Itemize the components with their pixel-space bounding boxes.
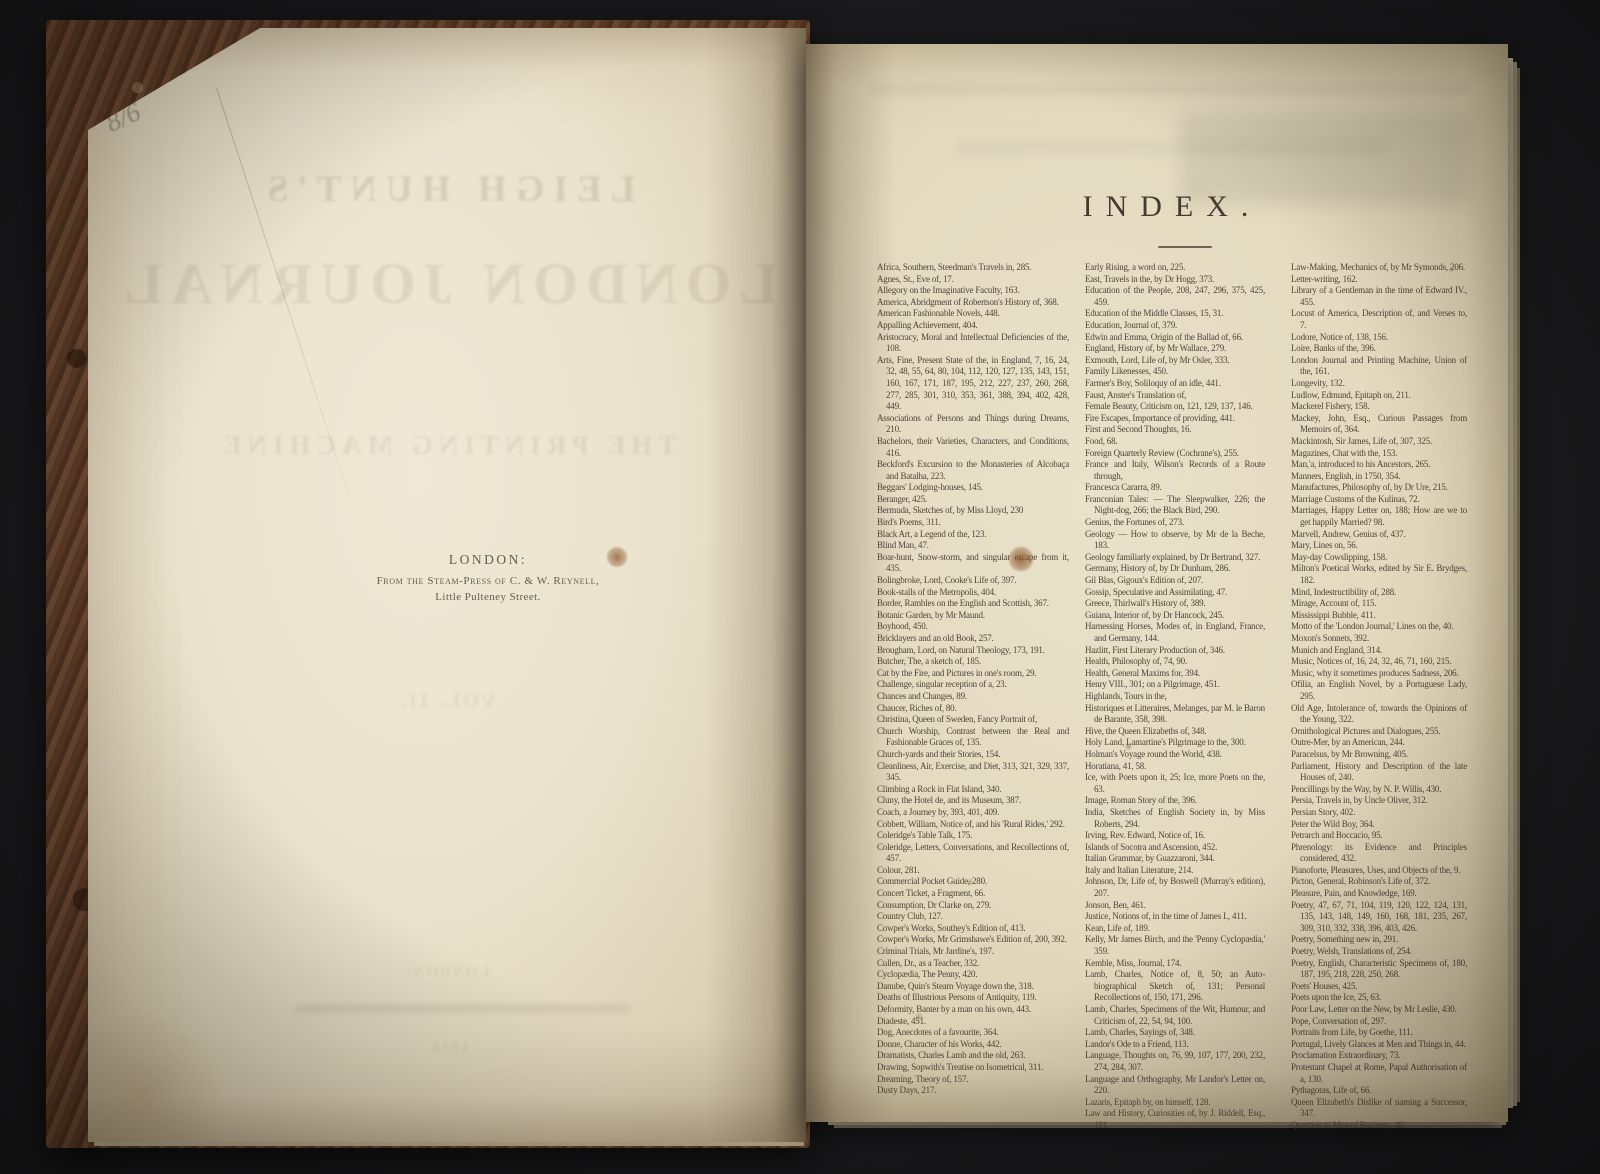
index-entry: Dusty Days, 217. (877, 1085, 1069, 1097)
index-entry: Parliament, History and Description of t… (1291, 761, 1467, 784)
index-column-1: Africa, Southern, Steedman's Travels in,… (877, 262, 1069, 1097)
index-entry: Foreign Quarterly Review (Cochrane's), 2… (1085, 448, 1265, 460)
index-entry: Poets' Houses, 425. (1291, 981, 1467, 993)
index-entry: Islands of Socotra and Ascension, 452. (1085, 842, 1265, 854)
index-entry: Criminal Trials, Mr Jardine's, 197. (877, 946, 1069, 958)
index-entry: Music, Notices of, 16, 24, 32, 46, 71, 1… (1291, 656, 1467, 668)
index-entry: Lamb, Charles, Sayings of, 348. (1085, 1027, 1265, 1039)
index-entry: Francesca Cararra, 89. (1085, 482, 1265, 494)
index-entry: Cobbett, William, Notice of, and his 'Ru… (877, 819, 1069, 831)
index-entry: Cullen, Dr., as a Teacher, 332. (877, 958, 1069, 970)
index-entry: Beckford's Excursion to the Monasteries … (877, 459, 1069, 482)
index-entry: Longevity, 132. (1291, 378, 1467, 390)
index-entry: Proclamation Extraordinary, 73. (1291, 1050, 1467, 1062)
index-entry: Health, General Maxims for, 394. (1085, 668, 1265, 680)
index-entry: Man,'a, introduced to his Ancestors, 265… (1291, 459, 1467, 471)
index-entry: Munich and England, 314. (1291, 645, 1467, 657)
index-entry: Poetry, 47, 67, 71, 104, 119, 120, 122, … (1291, 900, 1467, 935)
index-entry: Picton, General, Robinson's Life of, 372… (1291, 876, 1467, 888)
index-entry: Bird's Poems, 311. (877, 517, 1069, 529)
index-entry: Portugal, Lively Glances at Men and Thin… (1291, 1039, 1467, 1051)
index-rule (1158, 246, 1212, 248)
index-entry: Historiques et Litteraires, Melanges, pa… (1085, 703, 1265, 726)
index-entry: Geology — How to observe, by Mr de la Be… (1085, 529, 1265, 552)
index-entry: Kean, Life of, 189. (1085, 923, 1265, 935)
ghost-bottom-year: 1835. (88, 1040, 806, 1057)
index-entry: Library of a Gentleman in the time of Ed… (1291, 285, 1467, 308)
index-entry: Coleridge, Letters, Conversations, and R… (877, 842, 1069, 865)
index-entry: Paracelsus, by Mr Browning, 405. (1291, 749, 1467, 761)
index-entry: Motto of the 'London Journal,' Lines on … (1291, 621, 1467, 633)
index-entry: Highlands, Tours in the, (1085, 691, 1265, 703)
index-entry: Cowper's Works, Southey's Edition of, 41… (877, 923, 1069, 935)
imprint-city: LONDON: (238, 552, 738, 568)
index-entry: Locust of America, Description of, and V… (1291, 308, 1467, 331)
index-entry: Cluny, the Hotel de, and its Museum, 387… (877, 795, 1069, 807)
index-entry: Hazlitt, First Literary Production of, 3… (1085, 645, 1265, 657)
index-entry: Justice, Notions of, in the time of Jame… (1085, 911, 1265, 923)
bleedthrough-smudge (870, 84, 1470, 94)
index-entry: Manners, English, in 1750, 354. (1291, 471, 1467, 483)
index-entry: Concert Ticket, a Fragment, 66. (877, 888, 1069, 900)
index-entry: Pythagoras, Life of, 66. (1291, 1085, 1467, 1097)
index-entry: May-day Cowslipping, 158. (1291, 552, 1467, 564)
index-entry: Family Likenesses, 450. (1085, 366, 1265, 378)
index-entry: Pleasure, Pain, and Knowledge, 169. (1291, 888, 1467, 900)
index-entry: America, Abridgment of Robertson's Histo… (877, 297, 1069, 309)
index-entry: Johnson, Dr, Life of, by Boswell (Murray… (1085, 876, 1265, 899)
index-entry: Cyclopædia, The Penny, 420. (877, 969, 1069, 981)
index-entry: Cowper's Works, Mr Grimshawe's Edition o… (877, 934, 1069, 946)
imprint-press: From the Steam-Press of C. & W. Reynell, (238, 575, 738, 587)
index-entry: Music, why it sometimes produces Sadness… (1291, 668, 1467, 680)
index-entry: Coleridge's Table Talk, 175. (877, 830, 1069, 842)
index-entry: France and Italy, Wilson's Records of a … (1085, 459, 1265, 482)
index-entry: Peter the Wild Boy, 364. (1291, 819, 1467, 831)
index-entry: Bermuda, Sketches of, by Miss Lloyd, 230 (877, 505, 1069, 517)
index-entry: Bricklayers and an old Book, 257. (877, 633, 1069, 645)
ghost-publisher-line (296, 1004, 630, 1013)
index-entry: Edwin and Emma, Origin of the Ballad of,… (1085, 332, 1265, 344)
index-entry: Beranger, 425. (877, 494, 1069, 506)
index-entry: Language, Thoughts on, 76, 99, 107, 177,… (1085, 1050, 1265, 1073)
index-entry: Marvell, Andrew, Genius of, 437. (1291, 529, 1467, 541)
right-page: INDEX. Africa, Southern, Steedman's Trav… (806, 44, 1508, 1122)
index-entry: Health, Philosophy of, 74, 90. (1085, 656, 1265, 668)
index-entry: Marriage Customs of the Kulinas, 72. (1291, 494, 1467, 506)
index-entry: Pope, Conversation of, 297. (1291, 1016, 1467, 1028)
index-entry: Mind, Indestructibility of, 288. (1291, 587, 1467, 599)
fore-edge-pages (1517, 68, 1520, 1102)
index-entry: American Fashionable Novels, 448. (877, 308, 1069, 320)
index-entry: Greece, Thirlwall's History of, 389. (1085, 598, 1265, 610)
index-entry: Phrenology: its Evidence and Principles … (1291, 842, 1467, 865)
index-entry: Early Rising, a word on, 225. (1085, 262, 1265, 274)
index-entry: Guiana, Interior of, by Dr Hancock, 245. (1085, 610, 1265, 622)
index-entry: Christina, Queen of Sweden, Fancy Portra… (877, 714, 1069, 726)
ghost-title-owner: LEIGH HUNT'S (88, 168, 806, 211)
index-entry: Pencillings by the Way, by N. P. Willis,… (1291, 784, 1467, 796)
left-page: LEIGH HUNT'S LONDON JOURNAL THE PRINTING… (88, 28, 806, 1142)
index-entry: Italy and Italian Literature, 214. (1085, 865, 1265, 877)
index-entry: Donne, Character of his Works, 442. (877, 1039, 1069, 1051)
ghost-volume: VOL. II. (88, 690, 806, 713)
index-entry: First and Second Thoughts, 16. (1085, 424, 1265, 436)
index-entry: London Journal and Printing Machine, Uni… (1291, 355, 1467, 378)
index-entry: Landor's Ode to a Friend, 113. (1085, 1039, 1265, 1051)
index-entry: Faust, Anster's Translation of, (1085, 390, 1265, 402)
index-entry: Exmouth, Lord, Life of, by Mr Osler, 333… (1085, 355, 1265, 367)
index-entry: Italian Grammar, by Guazzaroni, 344. (1085, 853, 1265, 865)
imprint-street: Little Pulteney Street. (238, 591, 738, 603)
index-entry: Bolingbroke, Lord, Cooke's Life of, 397. (877, 575, 1069, 587)
index-entry: Ludlow, Edmund, Epitaph on, 211. (1291, 390, 1467, 402)
index-entry: Book-stalls of the Metropolis, 404. (877, 587, 1069, 599)
index-entry: Bachelors, their Varieties, Characters, … (877, 436, 1069, 459)
index-heading: INDEX. (806, 190, 1508, 224)
index-entry: Persia, Travels in, by Uncle Oliver, 312… (1291, 795, 1467, 807)
index-entry: Old Age, Intolerance of, towards the Opi… (1291, 703, 1467, 726)
index-entry: Germany, History of, by Dr Dunham, 286. (1085, 563, 1265, 575)
index-entry: Food, 68. (1085, 436, 1265, 448)
bottom-edge-left-page (94, 1142, 804, 1146)
index-entry: Horatiana, 41, 58. (1085, 761, 1265, 773)
index-entry: Mackintosh, Sir James, Life of, 307, 325… (1291, 436, 1467, 448)
index-entry: Climbing a Rock in Flat Island, 340. (877, 784, 1069, 796)
index-entry: Mississippi Bubble, 411. (1291, 610, 1467, 622)
ghost-bottom-city: LONDON: (88, 964, 806, 981)
index-entry: Holy Land, Lamartine's Pilgrimage to the… (1085, 737, 1265, 749)
index-entry: Church Worship, Contrast between the Rea… (877, 726, 1069, 749)
index-entry: Letter-writing, 162. (1291, 274, 1467, 286)
index-entry: Ornithological Pictures and Dialogues, 2… (1291, 726, 1467, 738)
index-entry: Manufactures, Philosophy of, by Dr Ure, … (1291, 482, 1467, 494)
index-entry: Danube, Quin's Steam Voyage down the, 31… (877, 981, 1069, 993)
index-entry: Poetry, Something new in, 291. (1291, 934, 1467, 946)
index-entry: Black Art, a Legend of the, 123. (877, 529, 1069, 541)
index-entry: Africa, Southern, Steedman's Travels in,… (877, 262, 1069, 274)
index-entry: Colour, 281. (877, 865, 1069, 877)
index-entry: Education, Journal of, 379. (1085, 320, 1265, 332)
index-entry: Aristocracy, Moral and Intellectual Defi… (877, 332, 1069, 355)
index-entry: Chances and Changes, 89. (877, 691, 1069, 703)
index-entry: Deformity, Banter by a man on his own, 4… (877, 1004, 1069, 1016)
index-entry: Portraits from Life, by Goethe, 111. (1291, 1027, 1467, 1039)
index-entry: Drawing, Sopwith's Treatise on Isometric… (877, 1062, 1069, 1074)
index-entry: Genius, the Fortunes of, 273. (1085, 517, 1265, 529)
index-entry: Image, Roman Story of the, 396. (1085, 795, 1265, 807)
index-entry: Persian Story, 402. (1291, 807, 1467, 819)
index-entry: Queen Elizabeth's Dislike of naming a Su… (1291, 1097, 1467, 1120)
index-entry: Moxon's Sonnets, 392. (1291, 633, 1467, 645)
index-entry: Law and History, Curiosities of, by J. R… (1085, 1108, 1265, 1131)
index-entry: Gossip, Speculative and Assimilating, 47… (1085, 587, 1265, 599)
index-entry: Allegory on the Imaginative Faculty, 163… (877, 285, 1069, 297)
index-entry: Poor Law, Letter on the New, by Mr Lesli… (1291, 1004, 1467, 1016)
index-entry: Commercial Pocket Guide, 280. (877, 876, 1069, 888)
index-entry: Blind Man, 47. (877, 540, 1069, 552)
index-column-3: Law-Making, Mechanics of, by Mr Symonds,… (1291, 262, 1467, 1132)
index-entry: Mackey, John, Esq., Curious Passages fro… (1291, 413, 1467, 436)
index-entry: Protestant Chapel at Rome, Papal Authori… (1291, 1062, 1467, 1085)
index-entry: Coach, a Journey by, 393, 401, 409. (877, 807, 1069, 819)
index-entry: Challenge, singular reception of a, 23. (877, 679, 1069, 691)
index-entry: Lazaris, Epitaph by, on himself, 128. (1085, 1097, 1265, 1109)
index-entry: Butcher, The, a sketch of, 185. (877, 656, 1069, 668)
index-entry: Harnessing Horses, Modes of, in England,… (1085, 621, 1265, 644)
index-entry: Language and Orthography, Mr Landor's Le… (1085, 1074, 1265, 1097)
index-entry: Jonson, Ben, 461. (1085, 900, 1265, 912)
ghost-title-sub: THE PRINTING MACHINE (88, 430, 806, 461)
index-entry: Chaucer, Riches of, 80. (877, 703, 1069, 715)
index-entry: Holman's Voyage round the World, 438. (1085, 749, 1265, 761)
index-entry: Kemble, Miss, Journal, 174. (1085, 958, 1265, 970)
ghost-title-main: LONDON JOURNAL (88, 250, 806, 317)
index-entry: Hive, the Queen Elizabeths of, 348. (1085, 726, 1265, 738)
index-entry: Poetry, Welsh, Translations of, 254. (1291, 946, 1467, 958)
index-entry: Mirage, Account of, 115. (1291, 598, 1467, 610)
index-entry: Associations of Persons and Things durin… (877, 413, 1069, 436)
index-entry: Outre-Mer, by an American, 244. (1291, 737, 1467, 749)
index-entry: England, History of, by Mr Wallace, 279. (1085, 343, 1265, 355)
index-entry: Appalling Achievement, 404. (877, 320, 1069, 332)
index-entry: Boyhood, 450. (877, 621, 1069, 633)
index-entry: Female Beauty, Criticism on, 121, 129, 1… (1085, 401, 1265, 413)
printer-imprint: LONDON: From the Steam-Press of C. & W. … (238, 552, 738, 603)
index-entry: Irving, Rev. Edward, Notice of, 16. (1085, 830, 1265, 842)
index-entry: Petrarch and Boccacio, 95. (1291, 830, 1467, 842)
index-column-2: Early Rising, a word on, 225.East, Trave… (1085, 262, 1265, 1132)
index-entry: Consumption, Dr Clarke on, 279. (877, 900, 1069, 912)
index-entry: Dog, Anecdotes of a favourite, 364. (877, 1027, 1069, 1039)
index-entry: Cleanliness, Air, Exercise, and Diet, 31… (877, 761, 1069, 784)
index-entry: Ice, with Poets upon it, 25; Ice, more P… (1085, 772, 1265, 795)
index-entry: Fire Escapes, Importance of providing, 4… (1085, 413, 1265, 425)
index-entry: East, Travels in the, by Dr Hogg, 373. (1085, 274, 1265, 286)
index-entry: Diadeste, 451. (877, 1016, 1069, 1028)
index-entry: Mackerel Fishery, 158. (1291, 401, 1467, 413)
index-entry: Brougham, Lord, on Natural Theology, 173… (877, 645, 1069, 657)
index-entry: India, Sketches of English Society in, b… (1085, 807, 1265, 830)
index-entry: Education of the People, 208, 247, 296, … (1085, 285, 1265, 308)
index-entry: Dramatists, Charles Lamb and the old, 26… (877, 1050, 1069, 1062)
index-entry: Lamb, Charles, Specimens of the Wit, Hum… (1085, 1004, 1265, 1027)
index-entry: Cat by the Fire, and Pictures in one's r… (877, 668, 1069, 680)
index-entry: Mary, Lines on, 56. (1291, 540, 1467, 552)
index-entry: Poetry, English, Characteristic Specimen… (1291, 958, 1467, 981)
index-entry: Agnes, St., Eve of, 17. (877, 274, 1069, 286)
index-entry: Lamb, Charles, Notice of, 8, 50; an Auto… (1085, 969, 1265, 1004)
index-entry: Border, Rambles on the English and Scott… (877, 598, 1069, 610)
index-entry: Gil Blas, Gigoux's Edition of, 207. (1085, 575, 1265, 587)
index-entry: Arts, Fine, Present State of the, in Eng… (877, 355, 1069, 413)
index-entry: Lodore, Notice of, 138, 156. (1291, 332, 1467, 344)
index-entry: Law-Making, Mechanics of, by Mr Symonds,… (1291, 262, 1467, 274)
index-entry: Botanic Garden, by Mr Maund. (877, 610, 1069, 622)
index-entry: Magazines, Chat with the, 153. (1291, 448, 1467, 460)
index-entry: Country Club, 127. (877, 911, 1069, 923)
index-entry: Poets upon the Ice, 25, 63. (1291, 992, 1467, 1004)
index-entry: Farmer's Boy, Soliloquy of an idle, 441. (1085, 378, 1265, 390)
index-entry: Geology familiarly explained, by Dr Bert… (1085, 552, 1265, 564)
index-entry: Pianoforte, Pleasures, Uses, and Objects… (1291, 865, 1467, 877)
index-entry: Marriages, Happy Letter on, 188; How are… (1291, 505, 1467, 528)
index-entry: Ofilia, an English Novel, by a Portugues… (1291, 679, 1467, 702)
index-entry: Question to Men of Business, 49. (1291, 1120, 1467, 1132)
index-entry: Franconian Tales: — The Sleepwalker, 226… (1085, 494, 1265, 517)
index-entry: Deaths of Illustrious Persons of Antiqui… (877, 992, 1069, 1004)
bleedthrough-smudge (956, 140, 1386, 154)
index-entry: Church-yards and their Stories, 154. (877, 749, 1069, 761)
index-entry: Beggars' Lodging-houses, 145. (877, 482, 1069, 494)
index-entry: Boar-hunt, Snow-storm, and singular esca… (877, 552, 1069, 575)
book-photo: LEIGH HUNT'S LONDON JOURNAL THE PRINTING… (0, 0, 1600, 1174)
index-entry: Milton's Poetical Works, edited by Sir E… (1291, 563, 1467, 586)
index-entry: Dreaming, Theory of, 157. (877, 1074, 1069, 1086)
index-entry: Henry VIII., 301; on a Pilgrimage, 451. (1085, 679, 1265, 691)
index-entry: Loire, Banks of the, 396. (1291, 343, 1467, 355)
index-entry: Kelly, Mr James Birch, and the 'Penny Cy… (1085, 934, 1265, 957)
index-entry: Education of the Middle Classes, 15, 31. (1085, 308, 1265, 320)
